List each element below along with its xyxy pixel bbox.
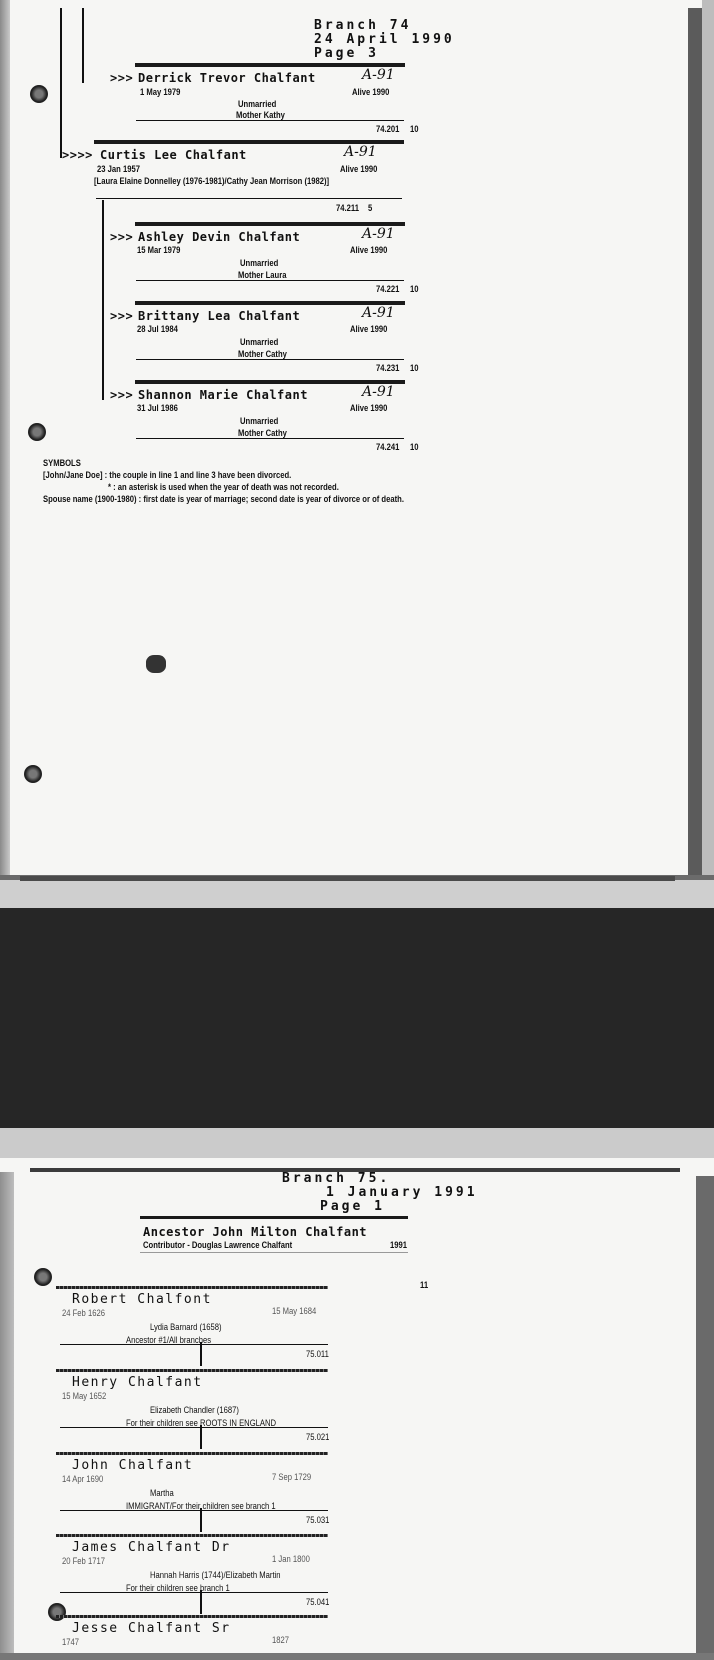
birth-date: 31 Jul 1986 xyxy=(137,403,178,413)
branch-label: Branch 75. xyxy=(282,1172,390,1185)
death-date: 7 Sep 1729 xyxy=(272,1472,311,1482)
entry-underline xyxy=(60,1344,328,1345)
spouse: Hannah Harris (1744)/Elizabeth Martin xyxy=(150,1570,281,1580)
entry-id: 75.021 xyxy=(306,1432,329,1442)
death-date: 1 Jan 1800 xyxy=(272,1554,310,1564)
entry-underline xyxy=(60,1427,328,1428)
generation: 10 xyxy=(410,284,419,294)
spouse: Unmarried xyxy=(240,337,278,347)
spouse: Unmarried xyxy=(240,258,278,268)
tree-connector xyxy=(82,8,84,83)
entry-underline xyxy=(96,198,402,199)
birth-date: 23 Jan 1957 xyxy=(97,164,140,174)
note: Mother Cathy xyxy=(238,349,287,359)
entry-rule xyxy=(140,1216,408,1219)
generation: 10 xyxy=(410,363,419,373)
entry-id: 75.041 xyxy=(306,1597,329,1607)
contributor: Contributor - Douglas Lawrence Chalfant xyxy=(143,1240,292,1250)
person-name: Curtis Lee Chalfant xyxy=(100,148,247,162)
person-name: Shannon Marie Chalfant xyxy=(138,388,308,402)
note: Mother Kathy xyxy=(236,110,285,120)
entry-prefix: >>> xyxy=(110,71,133,85)
punch-hole-icon xyxy=(24,765,42,783)
tree-connector xyxy=(200,1425,202,1449)
person-name: Derrick Trevor Chalfant xyxy=(138,71,316,85)
status: Alive 1990 xyxy=(350,245,387,255)
entry-rule xyxy=(56,1615,328,1618)
status: Alive 1990 xyxy=(350,324,387,334)
entry-id: 75.011 xyxy=(306,1349,329,1359)
generation: 11 xyxy=(420,1280,428,1290)
scan-gap-dark-band xyxy=(0,908,714,1128)
spouse: Lydia Barnard (1658) xyxy=(150,1322,222,1332)
tree-connector xyxy=(60,8,62,158)
entry-underline xyxy=(140,1252,408,1253)
person-name: Brittany Lea Chalfant xyxy=(138,309,300,323)
entry-prefix: >>> xyxy=(110,388,133,402)
entry-underline xyxy=(60,1510,328,1511)
birth-date: 1747 xyxy=(62,1637,79,1647)
tree-connector xyxy=(102,200,104,400)
birth-date: 20 Feb 1717 xyxy=(62,1556,105,1566)
punch-hole-icon xyxy=(34,1268,52,1286)
punch-hole-icon xyxy=(28,423,46,441)
page-bottom-edge xyxy=(20,876,675,881)
page-edge-strip xyxy=(702,0,714,875)
entry-id: 74.211 xyxy=(336,203,359,213)
tree-connector xyxy=(200,1590,202,1614)
handwritten-ref: A-91 xyxy=(362,305,395,321)
spouse: Elizabeth Chandler (1687) xyxy=(150,1405,239,1415)
symbols-line: * : an asterisk is used when the year of… xyxy=(108,482,339,492)
entry-id: 74.201 xyxy=(376,124,399,134)
document-page-branch-74: Branch 74 24 April 1990 Page 3 >>> Derri… xyxy=(0,0,714,875)
entry-id: 74.221 xyxy=(376,284,399,294)
entry-prefix: >>> xyxy=(110,230,133,244)
generation: 10 xyxy=(410,442,419,452)
page-edge-shadow xyxy=(696,1176,714,1660)
year: 1991 xyxy=(390,1240,407,1250)
person-name: James Chalfant Dr xyxy=(72,1540,231,1555)
report-date: 1 January 1991 xyxy=(326,1186,478,1199)
generation: 5 xyxy=(368,203,372,213)
punch-hole-icon xyxy=(30,85,48,103)
document-page-branch-75: Branch 75. 1 January 1991 Page 1 Ancesto… xyxy=(0,1158,714,1660)
report-date: 24 April 1990 xyxy=(314,33,455,46)
person-name: Ashley Devin Chalfant xyxy=(138,230,300,244)
spouse: Martha xyxy=(150,1488,174,1498)
death-date: 15 May 1684 xyxy=(272,1306,316,1316)
birth-date: 15 Mar 1979 xyxy=(137,245,180,255)
symbols-line: [John/Jane Doe] : the couple in line 1 a… xyxy=(43,470,291,480)
status: Alive 1990 xyxy=(350,403,387,413)
entry-prefix: >>>> xyxy=(62,148,93,162)
page-number: Page 3 xyxy=(314,47,379,60)
birth-date: 24 Feb 1626 xyxy=(62,1308,105,1318)
page-edge-shadow xyxy=(688,8,702,875)
note: Mother Cathy xyxy=(238,428,287,438)
tree-connector xyxy=(200,1508,202,1532)
spouse: Unmarried xyxy=(240,416,278,426)
branch-label: Branch 74 xyxy=(314,19,411,32)
entry-rule xyxy=(56,1286,328,1289)
note: Mother Laura xyxy=(238,270,286,280)
status: Alive 1990 xyxy=(352,87,389,97)
entry-id: 74.231 xyxy=(376,363,399,373)
birth-date: 14 Apr 1690 xyxy=(62,1474,103,1484)
page-bottom-edge xyxy=(0,1653,714,1660)
tree-connector xyxy=(200,1342,202,1366)
person-name: Robert Chalfont xyxy=(72,1292,212,1307)
generation: 10 xyxy=(410,124,419,134)
scan-margin xyxy=(0,1128,714,1158)
handwritten-ref: A-91 xyxy=(344,144,377,160)
entry-underline xyxy=(136,438,404,439)
handwritten-ref: A-91 xyxy=(362,67,395,83)
punch-hole-icon xyxy=(48,1603,66,1621)
symbols-line: Spouse name (1900-1980) : first date is … xyxy=(43,494,404,504)
symbols-title: SYMBOLS xyxy=(43,458,81,468)
entry-rule xyxy=(56,1369,328,1372)
birth-date: 15 May 1652 xyxy=(62,1391,106,1401)
person-name: Henry Chalfant xyxy=(72,1375,203,1390)
ink-blot xyxy=(146,655,166,673)
birth-date: 28 Jul 1984 xyxy=(137,324,178,334)
death-date: 1827 xyxy=(272,1635,289,1645)
ancestor-title: Ancestor John Milton Chalfant xyxy=(143,1225,367,1239)
entry-id: 74.241 xyxy=(376,442,399,452)
page-number: Page 1 xyxy=(320,1200,385,1213)
handwritten-ref: A-91 xyxy=(362,226,395,242)
status: Alive 1990 xyxy=(340,164,377,174)
entry-underline xyxy=(136,359,404,360)
handwritten-ref: A-91 xyxy=(362,384,395,400)
entry-rule xyxy=(56,1534,328,1537)
birth-date: 1 May 1979 xyxy=(140,87,180,97)
page-edge-shadow xyxy=(0,0,10,875)
entry-rule xyxy=(56,1452,328,1455)
person-name: John Chalfant xyxy=(72,1458,193,1473)
entry-id: 75.031 xyxy=(306,1515,329,1525)
person-name: Jesse Chalfant Sr xyxy=(72,1621,231,1636)
entry-underline xyxy=(136,280,404,281)
scan-margin xyxy=(0,880,714,908)
page-edge-shadow xyxy=(0,1172,14,1660)
entry-underline xyxy=(60,1592,328,1593)
spouse: Unmarried xyxy=(238,99,276,109)
entry-underline xyxy=(136,120,404,121)
entry-prefix: >>> xyxy=(110,309,133,323)
spouse: [Laura Elaine Donnelley (1976-1981)/Cath… xyxy=(94,176,329,186)
